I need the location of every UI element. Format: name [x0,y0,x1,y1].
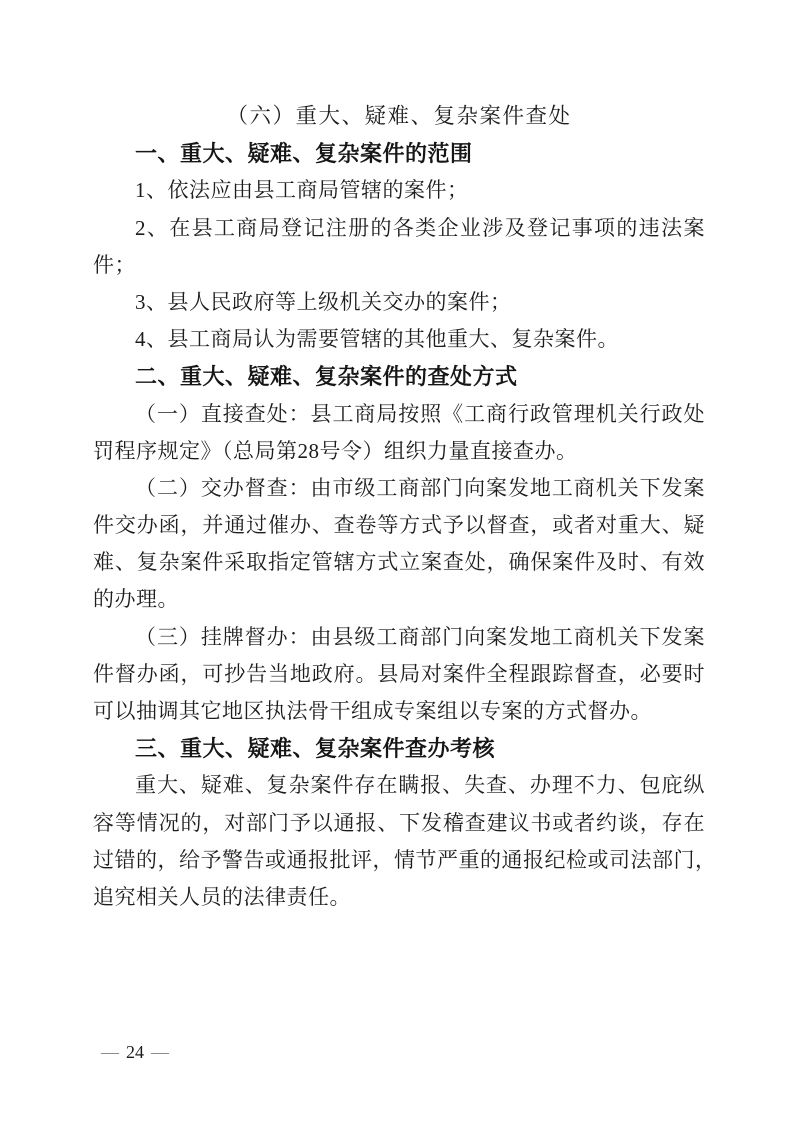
section-1-heading: 一、重大、疑难、复杂案件的范围 [93,135,705,172]
body-line: 重大、疑难、复杂案件存在瞒报、失查、办理不力、包庇纵 [93,767,705,804]
section-3-heading: 三、重大、疑难、复杂案件查办考核 [93,730,705,767]
body-line: 的办理。 [93,581,705,618]
document-content: （六）重大、疑难、复杂案件查处 一、重大、疑难、复杂案件的范围 1、依法应由县工… [93,98,705,916]
doc-title: （六）重大、疑难、复杂案件查处 [93,98,705,135]
body-line: 可以抽调其它地区执法骨干组成专案组以专案的方式督办。 [93,693,705,730]
body-line: 3、县人民政府等上级机关交办的案件； [93,284,705,321]
body-line: 过错的，给予警告或通报批评，情节严重的通报纪检或司法部门， [93,842,705,879]
body-line: 件督办函，可抄告当地政府。县局对案件全程跟踪督查，必要时 [93,656,705,693]
footer-right-dash: — [144,1042,176,1063]
body-line: 件； [93,247,705,284]
body-line: 追究相关人员的法律责任。 [93,879,705,916]
document-page: （六）重大、疑难、复杂案件查处 一、重大、疑难、复杂案件的范围 1、依法应由县工… [0,0,793,1122]
body-line: 难、复杂案件采取指定管辖方式立案查处，确保案件及时、有效 [93,544,705,581]
page-number: 24 [126,1042,144,1063]
body-line: 件交办函，并通过催办、查卷等方式予以督查，或者对重大、疑 [93,507,705,544]
body-line: 1、依法应由县工商局管辖的案件； [93,172,705,209]
footer-left-dash: — [94,1042,126,1063]
section-2-heading: 二、重大、疑难、复杂案件的查处方式 [93,358,705,395]
page-footer: — 24 — [94,1038,176,1066]
body-line: 2、在县工商局登记注册的各类企业涉及登记事项的违法案 [93,210,705,247]
body-line: 罚程序规定》（总局第28号令）组织力量直接查办。 [93,433,705,470]
body-line: （三）挂牌督办：由县级工商部门向案发地工商机关下发案 [93,619,705,656]
body-line: （一）直接查处：县工商局按照《工商行政管理机关行政处 [93,396,705,433]
body-line: 4、县工商局认为需要管辖的其他重大、复杂案件。 [93,321,705,358]
body-line: 容等情况的，对部门予以通报、下发稽查建议书或者约谈，存在 [93,805,705,842]
body-line: （二）交办督查：由市级工商部门向案发地工商机关下发案 [93,470,705,507]
